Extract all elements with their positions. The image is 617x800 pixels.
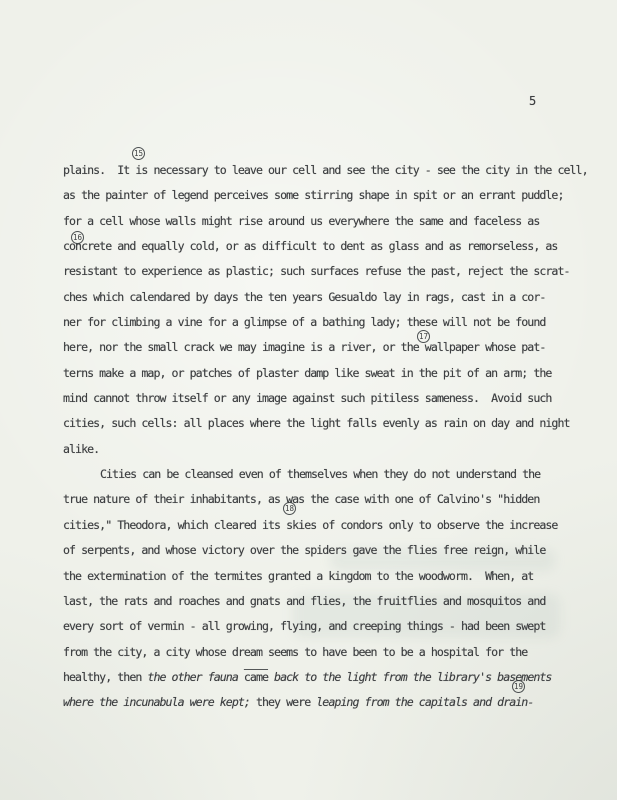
text-segment: back to the light from the library's bas… xyxy=(268,670,551,684)
text-line: healthy, then the other fauna came back … xyxy=(63,665,588,690)
text-segment: cities," Theodora, which cleared its ski… xyxy=(63,518,557,532)
text-segment: leaping from the capitals and drain- xyxy=(316,695,533,709)
text-segment: Cities can be cleansed even of themselve… xyxy=(100,467,540,481)
text-segment: as the painter of legend perceives some … xyxy=(63,188,564,202)
text-line: where the incunabula were kept; they wer… xyxy=(63,690,588,715)
text-line: as the painter of legend perceives some … xyxy=(63,183,588,208)
text-line: cities," Theodora, which cleared its ski… xyxy=(63,513,588,538)
text-line: of serpents, and whose victory over the … xyxy=(63,538,588,563)
circled-footnote-number: 19 xyxy=(512,680,525,693)
circled-footnote-number: 18 xyxy=(283,502,296,515)
text-line: Cities can be cleansed even of themselve… xyxy=(63,462,588,487)
text-line: last, the rats and roaches and gnats and… xyxy=(63,589,588,614)
text-segment: concrete and equally cold, or as difficu… xyxy=(63,239,557,253)
manuscript-page: 5 plains. It is necessary to leave our c… xyxy=(0,0,617,800)
page-number: 5 xyxy=(529,94,536,108)
text-segment: ner for climbing a vine for a glimpse of… xyxy=(63,315,545,329)
text-segment: cities, such cells: all places where the… xyxy=(63,416,570,430)
text-block: plains. It is necessary to leave our cel… xyxy=(63,158,588,716)
text-segment: mind cannot throw itself or any image ag… xyxy=(63,391,551,405)
text-line: terns make a map, or patches of plaster … xyxy=(63,361,588,386)
text-line: from the city, a city whose dream seems … xyxy=(63,640,588,665)
text-line: here, nor the small crack we may imagine… xyxy=(63,335,588,360)
text-segment: where the incunabula were kept; xyxy=(63,695,256,709)
text-segment: from the city, a city whose dream seems … xyxy=(63,645,527,659)
text-segment: true nature of their inhabitants, as was… xyxy=(63,492,539,506)
text-segment: the extermination of the termites grante… xyxy=(63,569,533,583)
text-segment: every sort of vermin - all growing, flyi… xyxy=(63,619,545,633)
text-segment: alike. xyxy=(63,442,99,456)
text-segment: here, nor the small crack we may imagine… xyxy=(63,340,545,354)
text-segment: they were xyxy=(256,695,316,709)
text-line: cities, such cells: all places where the… xyxy=(63,411,588,436)
text-line: alike. xyxy=(63,437,588,462)
text-segment: for a cell whose walls might rise around… xyxy=(63,214,539,228)
text-line: true nature of their inhabitants, as was… xyxy=(63,487,588,512)
text-segment: resistant to experience as plastic; such… xyxy=(63,264,570,278)
text-segment: the other fauna xyxy=(147,670,243,684)
text-segment: terns make a map, or patches of plaster … xyxy=(63,366,551,380)
text-segment: of serpents, and whose victory over the … xyxy=(63,543,545,557)
text-line: the extermination of the termites grante… xyxy=(63,564,588,589)
text-line: resistant to experience as plastic; such… xyxy=(63,259,588,284)
text-line: ner for climbing a vine for a glimpse of… xyxy=(63,310,588,335)
text-line: mind cannot throw itself or any image ag… xyxy=(63,386,588,411)
text-segment: last, the rats and roaches and gnats and… xyxy=(63,594,545,608)
text-segment: healthy, then xyxy=(63,670,147,684)
text-line: concrete and equally cold, or as difficu… xyxy=(63,234,588,259)
text-line: for a cell whose walls might rise around… xyxy=(63,209,588,234)
circled-footnote-number: 15 xyxy=(132,147,145,160)
circled-footnote-number: 17 xyxy=(417,330,430,343)
text-line: every sort of vermin - all growing, flyi… xyxy=(63,614,588,639)
text-line: plains. It is necessary to leave our cel… xyxy=(63,158,588,183)
text-segment: plains. It is necessary to leave our cel… xyxy=(63,163,588,177)
text-segment: came xyxy=(244,670,268,684)
circled-footnote-number: 16 xyxy=(71,231,84,244)
text-segment: ches which calendared by days the ten ye… xyxy=(63,290,545,304)
text-line: ches which calendared by days the ten ye… xyxy=(63,285,588,310)
